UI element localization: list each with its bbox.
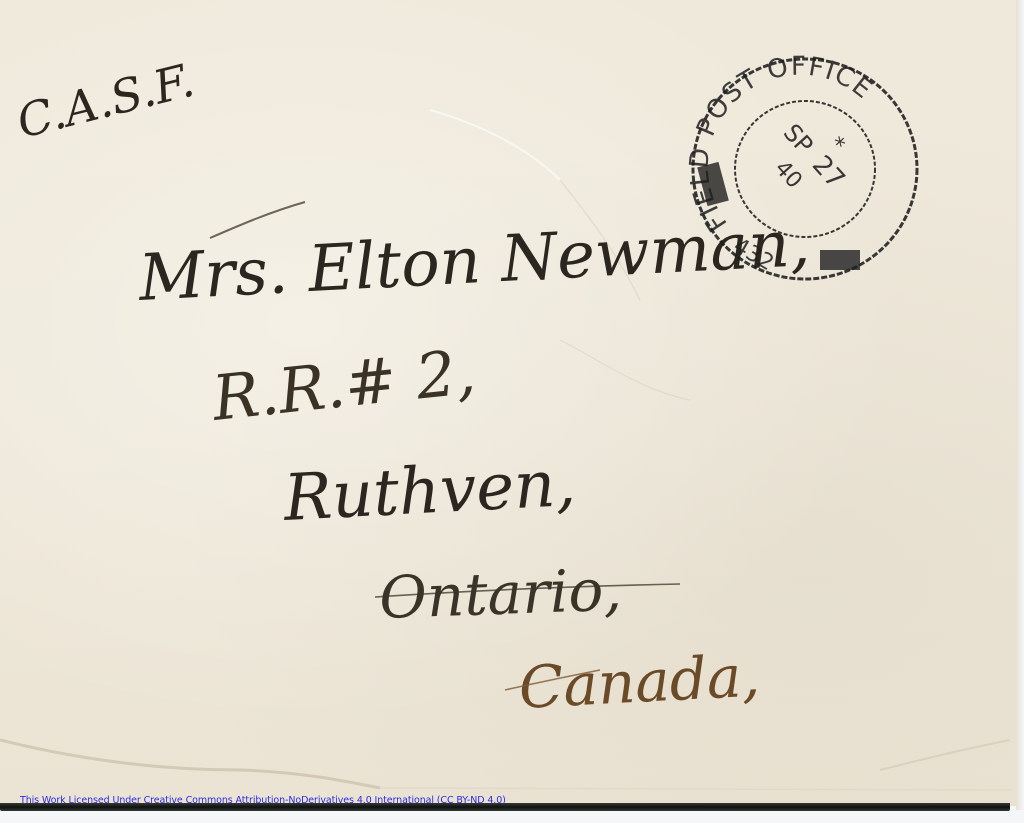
postmark-bar-bottom xyxy=(820,250,860,270)
postmark-year: 40 xyxy=(769,156,806,194)
postmark: FIELD POST OFFICE 432 * SP 27 40 xyxy=(688,54,922,284)
postmark-day: 27 xyxy=(806,150,850,195)
license-notice[interactable]: This Work Licensed Under Creative Common… xyxy=(20,795,506,806)
corner-note: C.A.S.F. xyxy=(12,53,200,149)
postmark-month: SP xyxy=(778,118,819,159)
corner-note-text: C.A.S.F. xyxy=(12,53,200,149)
address-line-country: Canada, xyxy=(517,641,761,722)
postmark-outer-text: FIELD POST OFFICE xyxy=(688,54,878,237)
address-line-town: Ruthven, xyxy=(281,447,577,536)
postmark-office-number: 432 xyxy=(729,234,778,277)
address-line-rural-route: R.R.# 2, xyxy=(208,335,479,435)
